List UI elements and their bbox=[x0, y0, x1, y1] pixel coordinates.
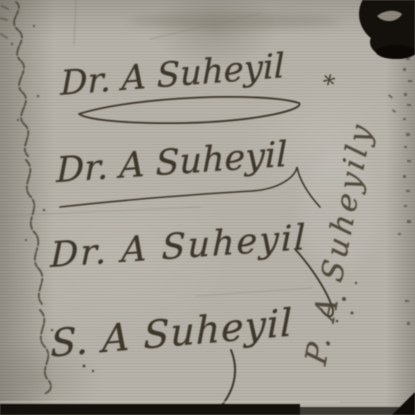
margin-note-dots bbox=[11, 25, 54, 332]
signature-1: Dr. A Suheyil bbox=[60, 49, 285, 101]
star-mark: * bbox=[319, 71, 337, 97]
seal-highlight bbox=[377, 11, 402, 21]
flourish-oval-signature-1 bbox=[79, 97, 300, 123]
signature-5-diagonal: P. A Suheyily bbox=[295, 82, 385, 404]
signature-3: Dr. A Suheyil bbox=[50, 221, 308, 274]
ottoman-margin-note bbox=[0, 2, 51, 394]
photo-of-signature-sheet: Dr. A Suheyil Dr. A Suheyil Dr. A Suheyi… bbox=[0, 0, 415, 415]
paper-smudge bbox=[130, 14, 340, 28]
seal-ink-blot bbox=[359, 0, 415, 59]
signature-4: S. A Suheyil bbox=[50, 303, 293, 362]
signature-2: Dr. A Suheyil bbox=[56, 138, 287, 189]
bottom-edge-shadow bbox=[0, 392, 415, 415]
paper-surface: Dr. A Suheyil Dr. A Suheyil Dr. A Suheyi… bbox=[0, 0, 415, 415]
right-edge-speckles bbox=[388, 58, 412, 325]
tail-signature-4 bbox=[215, 350, 235, 413]
